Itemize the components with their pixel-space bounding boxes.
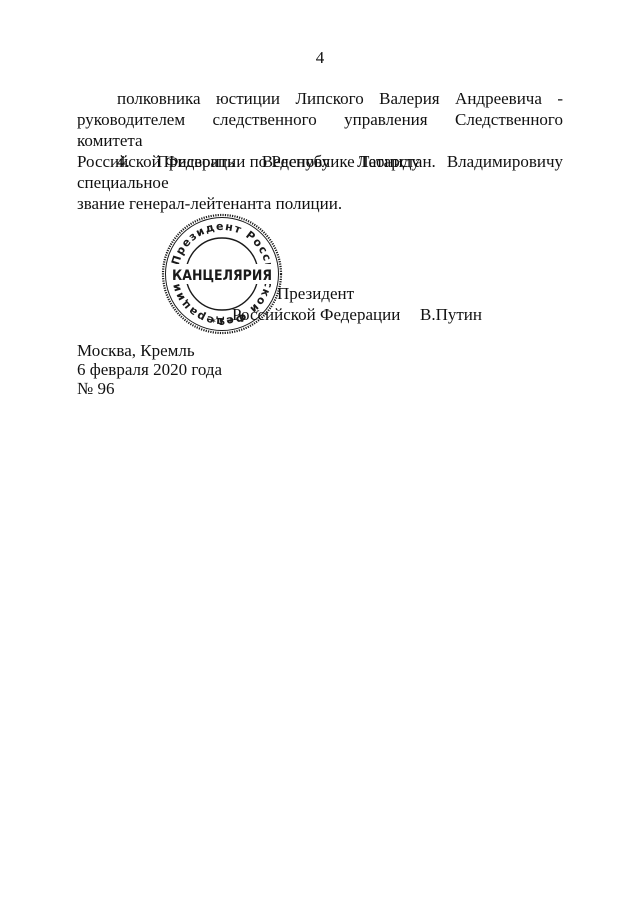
footer-place: Москва, Кремль (77, 341, 222, 360)
stamp-bottom-text: * 5 * (211, 318, 233, 328)
signature-title-line-2: Российской Федерации (232, 304, 400, 325)
footer-date: 6 февраля 2020 года (77, 360, 222, 379)
signature-title-line-1: Президент (277, 283, 354, 304)
footer-number: № 96 (77, 379, 222, 398)
paragraph-rank-assignment: 4. Присвоить Веденову Леониду Владимиров… (77, 151, 563, 214)
document-footer: Москва, Кремль 6 февраля 2020 года № 96 (77, 341, 222, 398)
page-number: 4 (0, 48, 640, 68)
text-line: полковника юстиции Липского Валерия Андр… (77, 88, 563, 109)
text-line: звание генерал-лейтенанта полиции. (77, 193, 563, 214)
stamp-center-text: КАНЦЕЛЯРИЯ (172, 268, 272, 284)
text-line: руководителем следственного управления С… (77, 109, 563, 151)
signatory-name: В.Путин (420, 304, 482, 325)
text-line: 4. Присвоить Веденову Леониду Владимиров… (77, 151, 563, 193)
